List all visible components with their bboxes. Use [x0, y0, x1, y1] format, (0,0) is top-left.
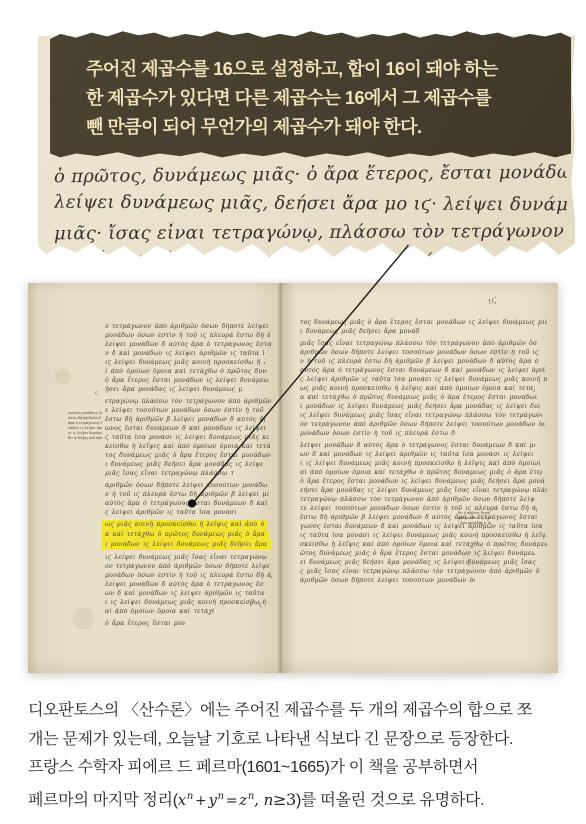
manuscript-line: ἔστω δὴ ἀριθμῶν β λείψει μονάδων δ αὐτὸς… [105, 415, 265, 424]
right-page-text: τος δυνάμεως μιᾶς ὁ ἄρα ἕτερος ἔσται μον… [300, 318, 547, 588]
formula-cond-var: n [264, 791, 273, 809]
caption-text-post: )를 떠올린 것으로 유명하다. [296, 792, 484, 809]
manuscript-paragraph: ετραγώνῳ πλάσσω τὸν τετράγωνον ἀπὸ ἀριθμ… [105, 397, 272, 478]
manuscript-line: ν τετράγωνον ἀπὸ ἀριθμῶν ὅσων δήποτε λεί… [105, 322, 269, 331]
highlighted-passage-line: α καὶ τετάχθω ὁ πρῶτος δυνάμεως μιᾶς ὁ ἄ… [105, 530, 265, 540]
formula-exp: n [187, 791, 193, 802]
manuscript-line: αὶ ἀπὸ ὁμοίων ὅμοια καὶ τετάχθω ὁ πρῶτος… [105, 607, 214, 616]
greek-script-line: λείψει δυνάμεως μιᾶς, δεήσει ἄρα μο ιϛ· … [54, 192, 567, 221]
formula-var-y: y [208, 791, 216, 809]
manuscript-line: λείψει μονάδων δ αὐτὸς ἄρα ὁ τετράγωνος … [105, 340, 272, 349]
quote-line: 한 제곱수가 있다면 다른 제곱수는 16에서 그 제곱수를 [86, 84, 553, 113]
manuscript-line: ὸν τετράγωνον ἀπὸ ἀριθμῶν ὅσων δήποτε λε… [105, 562, 270, 571]
manuscript-line: τος δυνάμεως μιᾶς ὁ ἄρα ἕτερος ἔσται μον… [105, 451, 272, 460]
formula-cond: ≥3 [273, 790, 296, 809]
highlighted-passage-line: ι μονάδων ιϛ λείψει δυνάμεως μιᾶς δεήσει… [105, 540, 267, 550]
paragraph-mark: ϛ [95, 390, 98, 396]
highlighted-passage-line: ως μιᾶς κοινὴ προσκείσθω ἡ λεῖψις καὶ ἀπ… [105, 520, 264, 530]
left-page-text: ν τετράγωνον ἀπὸ ἀριθμῶν ὅσων δήποτε λεί… [105, 322, 272, 631]
manuscript-line: αὶ ἀπὸ ὁμοίων ὅμοια καὶ τετάχθω ὁ πρῶτος… [300, 468, 542, 477]
folio-number: ιϛ [487, 295, 498, 307]
formula-var-z: z [239, 791, 247, 809]
manuscript-line: ἀριθμῶν ὅσων δήποτε λείψει τοσούτων μονά… [300, 576, 475, 585]
manuscript-paragraph: λείψει μονάδων δ αὐτὸς ἄρα ὁ τετράγωνος … [300, 441, 547, 585]
manuscript-line: ὸν τετράγωνον ἀπὸ ἀριθμῶν ὅσων δήποτε λε… [300, 420, 545, 429]
manuscript-line: ήσει ἄρα μονάδας ιϛ λείψει δυνάμεως μιᾶς… [105, 385, 242, 394]
formula-exp: n [218, 791, 224, 802]
manuscript-line: ἀριθμῶν ὅσων δήποτε λείψει τοσούτων μονά… [300, 348, 540, 357]
manuscript-paragraph: ἀριθμῶν ὅσων δήποτε λείψει τοσούτων μονά… [105, 481, 272, 517]
manuscript-line: αὐτὸς ἄρα ὁ τετράγωνος ἔσται δυνάμεων δ … [105, 499, 270, 508]
margin-note-line: θω ἡ λεῖψις καὶ ἀπὸ ὁμοί [68, 436, 102, 441]
manuscript-line: ὁ ἄρα ἕτερος ἔσται μονάδων ιϛ λείψει δυν… [105, 376, 269, 385]
caption-line-formula: 페르마의 마지막 정리(xn+yn=zn, n≥3)를 떠올린 것으로 유명하다… [28, 783, 562, 816]
manuscript-line: ῶτος δυνάμεως μιᾶς ὁ ἄρα ἕτερος ἔσται μο… [300, 549, 535, 558]
manuscript-line: ων δ καὶ μονάδων ιϛ λείψει ἀριθμῶν ιϛ τα… [300, 450, 537, 459]
manuscript-line: ιϛ λείψει δυνάμεως μιᾶς ἴσας εἶναι τετρα… [300, 411, 542, 420]
quote-line: 주어진 제곱수를 16으로 설정하고, 합이 16이 돼야 하는 [86, 55, 553, 84]
quote-line: 뺀 만큼이 되어 무언가의 제곱수가 돼야 한다. [86, 113, 553, 142]
formula-var-x: x [178, 791, 186, 809]
manuscript-line: ν ἡ τοῦ ιϛ πλευρά ἔστω δὴ ἀριθμῶν β λείψ… [105, 490, 269, 499]
quote-text: 주어진 제곱수를 16으로 설정하고, 합이 16이 돼야 하는 한 제곱수가 … [50, 30, 571, 142]
manuscript-line: μιᾶς ἴσας εἶναι τετραγώνῳ πλάσσω τὸν τετ… [300, 339, 537, 348]
greek-script-line: μιᾶς· ἴσας εἶναι τετραγώνῳ, πλάσσω τὸν τ… [54, 221, 567, 250]
caption-line: 개는 문제가 있는데, 오늘날 기호로 나타낸 식보다 긴 문장으로 등장한다. [28, 726, 562, 755]
manuscript-line: μιᾶς ἴσας εἶναι τετραγώνῳ πλάσσω τὸν τετ… [105, 469, 234, 478]
quote-box: 주어진 제곱수를 16으로 설정하고, 합이 16이 돼야 하는 한 제곱수가 … [50, 30, 571, 160]
manuscript-line: ὁ ἄρα ἕτερος ἔσται μονάδων ιϛ λείψει δυν… [105, 619, 185, 628]
manuscript-line: μονάδων ὅσων ἐστὶν ἡ τοῦ ιϛ πλευρά ἔστω … [300, 429, 456, 438]
manuscript-line: ϛ λείψει ἀριθμῶν ιϛ ταῦτα ἴσα μονάσι ιϛ … [105, 508, 237, 517]
manuscript-line: ι δυνάμεως μιᾶς δεήσει ἄρα μονάδας ιϛ λε… [105, 460, 264, 469]
margin-note: σούτων μονάδων ὅσων ἐστὶ ἔστω δὴ ἀριθμῶν… [68, 411, 102, 441]
caption-text-pre: 페르마의 마지막 정리( [28, 792, 178, 809]
manuscript-line: ι ιϛ λείψει δυνάμεως μιᾶς κοινὴ προσκείσ… [300, 459, 540, 468]
manuscript-line: ς μιᾶς ἴσας εἶναι τετραγώνῳ πλάσσω τὸν τ… [300, 567, 540, 576]
margin-mark: ϛ· [466, 559, 471, 566]
manuscript-line: ετραγώνῳ πλάσσω τὸν τετράγωνον ἀπὸ ἀριθμ… [105, 397, 272, 406]
manuscript-line: ως μιᾶς κοινὴ προσκείσθω ἡ λεῖψις καὶ ἀπ… [300, 384, 535, 393]
manuscript-paragraph: ὁ ἄρα ἕτερος ἔσται μονάδων ιϛ λείψει δυν… [105, 619, 272, 628]
manuscript-line: λείψει μονάδων δ αὐτὸς ἄρα ὁ τετράγωνος … [300, 441, 535, 450]
manuscript-line: ι δυνάμεως μιᾶς δεήσει ἄρα μονάδας ιϛ λε… [300, 327, 419, 336]
manuscript-line: κείσθω ἡ λεῖψις καὶ ἀπὸ ὁμοίων ὅμοια καὶ… [105, 442, 270, 451]
manuscript-line: μονάδων ὅσων ἐστὶν ἡ τοῦ ιϛ πλευρά ἔστω … [105, 571, 272, 580]
formula-equals: = [226, 793, 237, 809]
manuscript-line: ἔστω δὴ ἀριθμῶν β λείψει μονάδων δ αὐτὸς… [300, 513, 540, 522]
manuscript-line: ε λείψει τοσούτων μονάδων ὅσων ἐστὶν ἡ τ… [105, 406, 264, 415]
manuscript-left-page: ν τετράγωνον ἀπὸ ἀριθμῶν ὅσων δήποτε λεί… [28, 283, 280, 673]
manuscript-line: α καὶ τετάχθω ὁ πρῶτος δυνάμεως μιᾶς ὁ ἄ… [300, 393, 537, 402]
margin-note: θω ὁ πρῶτος δυνάμεως μιᾶται μονάδων ιϛ λ… [458, 511, 490, 526]
manuscript-line: ϛ ταῦτα ἴσα μονάσι ιϛ λείψει δυνάμεως μι… [105, 433, 269, 442]
fermat-formula: xn+yn=zn, n≥3 [178, 790, 296, 809]
manuscript-line: ἀριθμῶν ὅσων δήποτε λείψει τοσούτων μονά… [105, 481, 267, 490]
manuscript-line: ὶ ἀπὸ ὁμοίων ὅμοια καὶ τετάχθω ὁ πρῶτος … [105, 367, 267, 376]
manuscript-line: ν ἡ τοῦ ιϛ πλευρά ἔστω δὴ ἀριθμῶν β λείψ… [300, 357, 542, 366]
manuscript-line: λείψει μονάδων δ αὐτὸς ἄρα ὁ τετράγωνος … [105, 580, 264, 589]
manuscript-line: εήσει ἄρα μονάδας ιϛ λείψει δυνάμεως μιᾶ… [300, 486, 547, 495]
manuscript-line: ὁ ἄρα ἕτερος ἔσται μονάδων ιϛ λείψει δυν… [300, 477, 545, 486]
manuscript-line: ι μονάδων ιϛ λείψει δυνάμεως μιᾶς δεήσει… [300, 402, 540, 411]
formula-plus: + [195, 793, 206, 809]
manuscript-paragraph: τος δυνάμεως μιᾶς ὁ ἄρα ἕτερος ἔσται μον… [300, 318, 547, 336]
manuscript-line: ων δ καὶ μονάδων ιϛ λείψει ἀριθμῶν ιϛ τα… [105, 589, 265, 598]
manuscript-photo: ν τετράγωνον ἀπὸ ἀριθμῶν ὅσων δήποτε λεί… [28, 283, 558, 673]
margin-note-line: ι ἄρα μονάδας ιϛ λείψει [458, 521, 490, 526]
greek-script-line: ὁ πρῶτος, δυνάμεως μιᾶς· ὁ ἄρα ἕτερος, ἔ… [54, 162, 567, 192]
manuscript-line: τετραγώνῳ πλάσσω τὸν τετράγωνον ἀπὸ ἀριθ… [300, 495, 535, 504]
manuscript-line: ιϛ λείψει δυνάμεως μιᾶς ἴσας εἶναι τετρα… [105, 553, 269, 562]
greek-script-line: μοῦ ὅσων δήποτε λείψει τοσούτων μονάδων … [54, 248, 567, 278]
manuscript-line: ιϛ ταῦτα ἴσα μονάσι ιϛ λείψει δυνάμεως μ… [300, 531, 545, 540]
caption: 디오판토스의 〈산수론〉에는 주어진 제곱수를 두 개의 제곱수의 합으로 쪼 … [28, 697, 562, 815]
manuscript-line: τε λείψει τοσούτων μονάδων ὅσων ἐστὶν ἡ … [300, 504, 537, 513]
manuscript-paragraph: μιᾶς ἴσας εἶναι τετραγώνῳ πλάσσω τὸν τετ… [300, 339, 547, 438]
manuscript-line: ει δυνάμεως μιᾶς δεήσει ἄρα μονάδας ιϛ λ… [300, 558, 537, 567]
manuscript-line: ν δ καὶ μονάδων ιϛ λείψει ἀριθμῶν ιϛ ταῦ… [105, 349, 264, 358]
book-page: ὁ πρῶτος, δυνάμεως μιᾶς· ὁ ἄρα ἕτερος, ἔ… [0, 0, 586, 824]
manuscript-line: γωνος ἔσται δυνάμεων δ καὶ μονάδων ιϛ λε… [300, 522, 542, 531]
manuscript-line: αὐτὸς ἄρα ὁ τετράγωνος ἔσται δυνάμεων δ … [300, 366, 545, 375]
manuscript-line: σκείσθω ἡ λεῖψις καὶ ἀπὸ ὁμοίων ὅμοια κα… [300, 540, 547, 549]
manuscript-right-page: τος δυνάμεως μιᾶς ὁ ἄρα ἕτερος ἔσται μον… [280, 283, 558, 673]
manuscript-paragraph: ως μιᾶς κοινὴ προσκείσθω ἡ λεῖψις καὶ ἀπ… [105, 520, 272, 550]
manuscript-line: τος δυνάμεως μιᾶς ὁ ἄρα ἕτερος ἔσται μον… [300, 318, 547, 327]
formula-comma: , [254, 790, 264, 809]
caption-line: 디오판토스의 〈산수론〉에는 주어진 제곱수를 두 개의 제곱수의 합으로 쪼 [28, 697, 562, 726]
manuscript-line: ιϛ λείψει δυνάμεως μιᾶς κοινὴ προσκείσθω… [105, 358, 265, 367]
manuscript-line: ϛ λείψει ἀριθμῶν ιϛ ταῦτα ἴσα μονάσι ιϛ … [300, 375, 547, 384]
manuscript-line: ωνος ἔσται δυνάμεων δ καὶ μονάδων ιϛ λεί… [105, 424, 267, 433]
manuscript-line: μονάδων ὅσων ἐστὶν ἡ τοῦ ιϛ πλευρά ἔστω … [105, 331, 270, 340]
end-marks: · ε ϛ · [224, 601, 272, 608]
manuscript-paragraph: ν τετράγωνον ἀπὸ ἀριθμῶν ὅσων δήποτε λεί… [105, 322, 272, 394]
caption-line: 프랑스 수학자 피에르 드 페르마(1601~1665)가 이 책을 공부하면서 [28, 754, 562, 783]
